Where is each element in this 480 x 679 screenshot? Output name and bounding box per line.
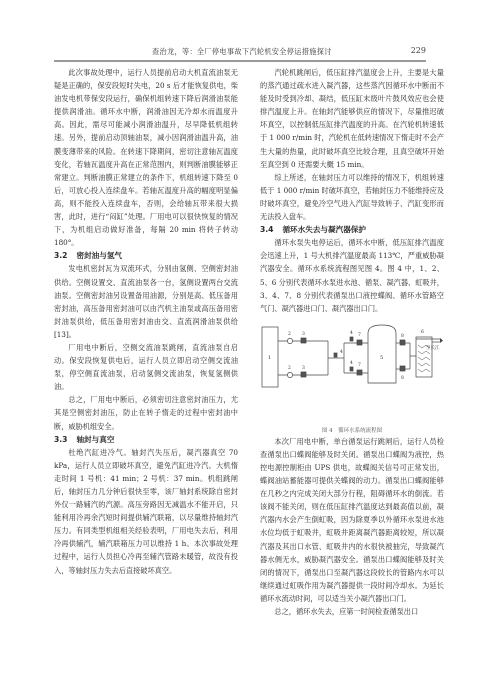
section-heading: 3.4循环水失去与凝汽器保护: [260, 223, 444, 236]
header-rule: [54, 60, 426, 62]
svg-text:2: 2: [288, 365, 291, 371]
outlet-valve-icon: [400, 366, 405, 371]
paragraph: 总之，循环水失去，应第一时间检查循泵出口: [260, 605, 444, 618]
svg-text:至长江: 至长江: [426, 344, 440, 351]
svg-text:8: 8: [401, 333, 404, 339]
paragraph: 此次事故处理中，运行人员提前启动大机直流油泵无疑是正确的，保安段短时失电，20 …: [54, 66, 238, 249]
air-valve-icon: [334, 353, 337, 357]
svg-text:7: 7: [358, 332, 361, 338]
svg-text:4: 4: [350, 360, 353, 366]
pump-icon: [287, 372, 292, 377]
paragraph: 杜绝汽缸进冷气。轴封汽失压后，凝汽器真空 70 kPa，运行人员立即破坏真空，避…: [54, 446, 238, 577]
label-intake-pool: 1: [268, 355, 271, 361]
svg-text:7: 7: [358, 362, 361, 368]
paragraph: 厂用电中断后，空侧交流油泵跳闸，直流油泵自启动。保安段恢复供电后，运行人员立即启…: [54, 341, 238, 393]
svg-text:3: 3: [302, 331, 305, 337]
outlet-valve-icon: [400, 340, 405, 345]
page-number: 229: [411, 46, 426, 55]
right-column: 汽轮机跳闸后，低压缸排汽温度会上升，主要是大量的蒸汽通过疏水进入凝汽器，这些蒸汽…: [260, 66, 444, 618]
left-column: 此次事故处理中，运行人员提前启动大机直流油泵无疑是正确的，保安段短时失电，20 …: [54, 66, 238, 577]
figure-caption: 图 4 循环水系统流程图: [260, 425, 444, 438]
circulating-water-flow-diagram: 1 2 2 3 3 4 4 4 7 7 5: [260, 317, 444, 435]
butterfly-valve-icon: [301, 372, 306, 377]
svg-text:4: 4: [350, 330, 353, 336]
inlet-valve-icon: [357, 340, 362, 345]
section-heading: 3.3轴封与真空: [54, 433, 238, 446]
flow-diagram-svg: 1 2 2 3 3 4 4 4 7 7 5: [260, 317, 444, 422]
paragraph: 循环水泵失电停运后，循环水中断，低压缸排汽温度会迅速上升，1 号大机排汽温度最高…: [260, 236, 444, 315]
section-heading: 3.2密封油与氢气: [54, 249, 238, 262]
paragraph: 综上所述，在轴封压力可以维持的情况下，机组转速低于 1 000 r/min 时破…: [260, 171, 444, 223]
running-title: 查治龙，等：全厂停电事故下汽轮机安全停运措施探讨: [152, 47, 332, 57]
paragraph: 总之，厂用电中断后，必须密切注意密封油压力，尤其是空侧密封油压，防止在转子惰走的…: [54, 393, 238, 432]
svg-text:6: 6: [421, 329, 424, 335]
paragraph: 发电机密封瓦为双流环式，分别由氢侧、空侧密封油供给。空侧设置交、直流油泵各一台，…: [54, 262, 238, 341]
svg-text:4: 4: [340, 349, 343, 355]
arrow-icon: [440, 338, 443, 343]
pump-icon: [287, 338, 292, 343]
svg-text:5: 5: [380, 355, 383, 361]
paragraph: 汽轮机跳闸后，低压缸排汽温度会上升，主要是大量的蒸汽通过疏水进入凝汽器，这些蒸汽…: [260, 66, 444, 171]
air-valve-icon: [350, 367, 353, 371]
svg-text:3: 3: [302, 365, 305, 371]
air-valve-icon: [350, 337, 353, 341]
svg-text:2: 2: [288, 331, 291, 337]
inlet-valve-icon: [357, 370, 362, 375]
svg-text:8: 8: [401, 375, 404, 381]
paragraph: 本次厂用电中断，单台循泵运行跳闸后，运行人员检查循泵出口蝶阀能够及时关闭。循泵出…: [260, 435, 444, 605]
condenser-box: [368, 325, 396, 383]
running-header: 查治龙，等：全厂停电事故下汽轮机安全停运措施探讨 229: [54, 47, 426, 61]
butterfly-valve-icon: [301, 338, 306, 343]
